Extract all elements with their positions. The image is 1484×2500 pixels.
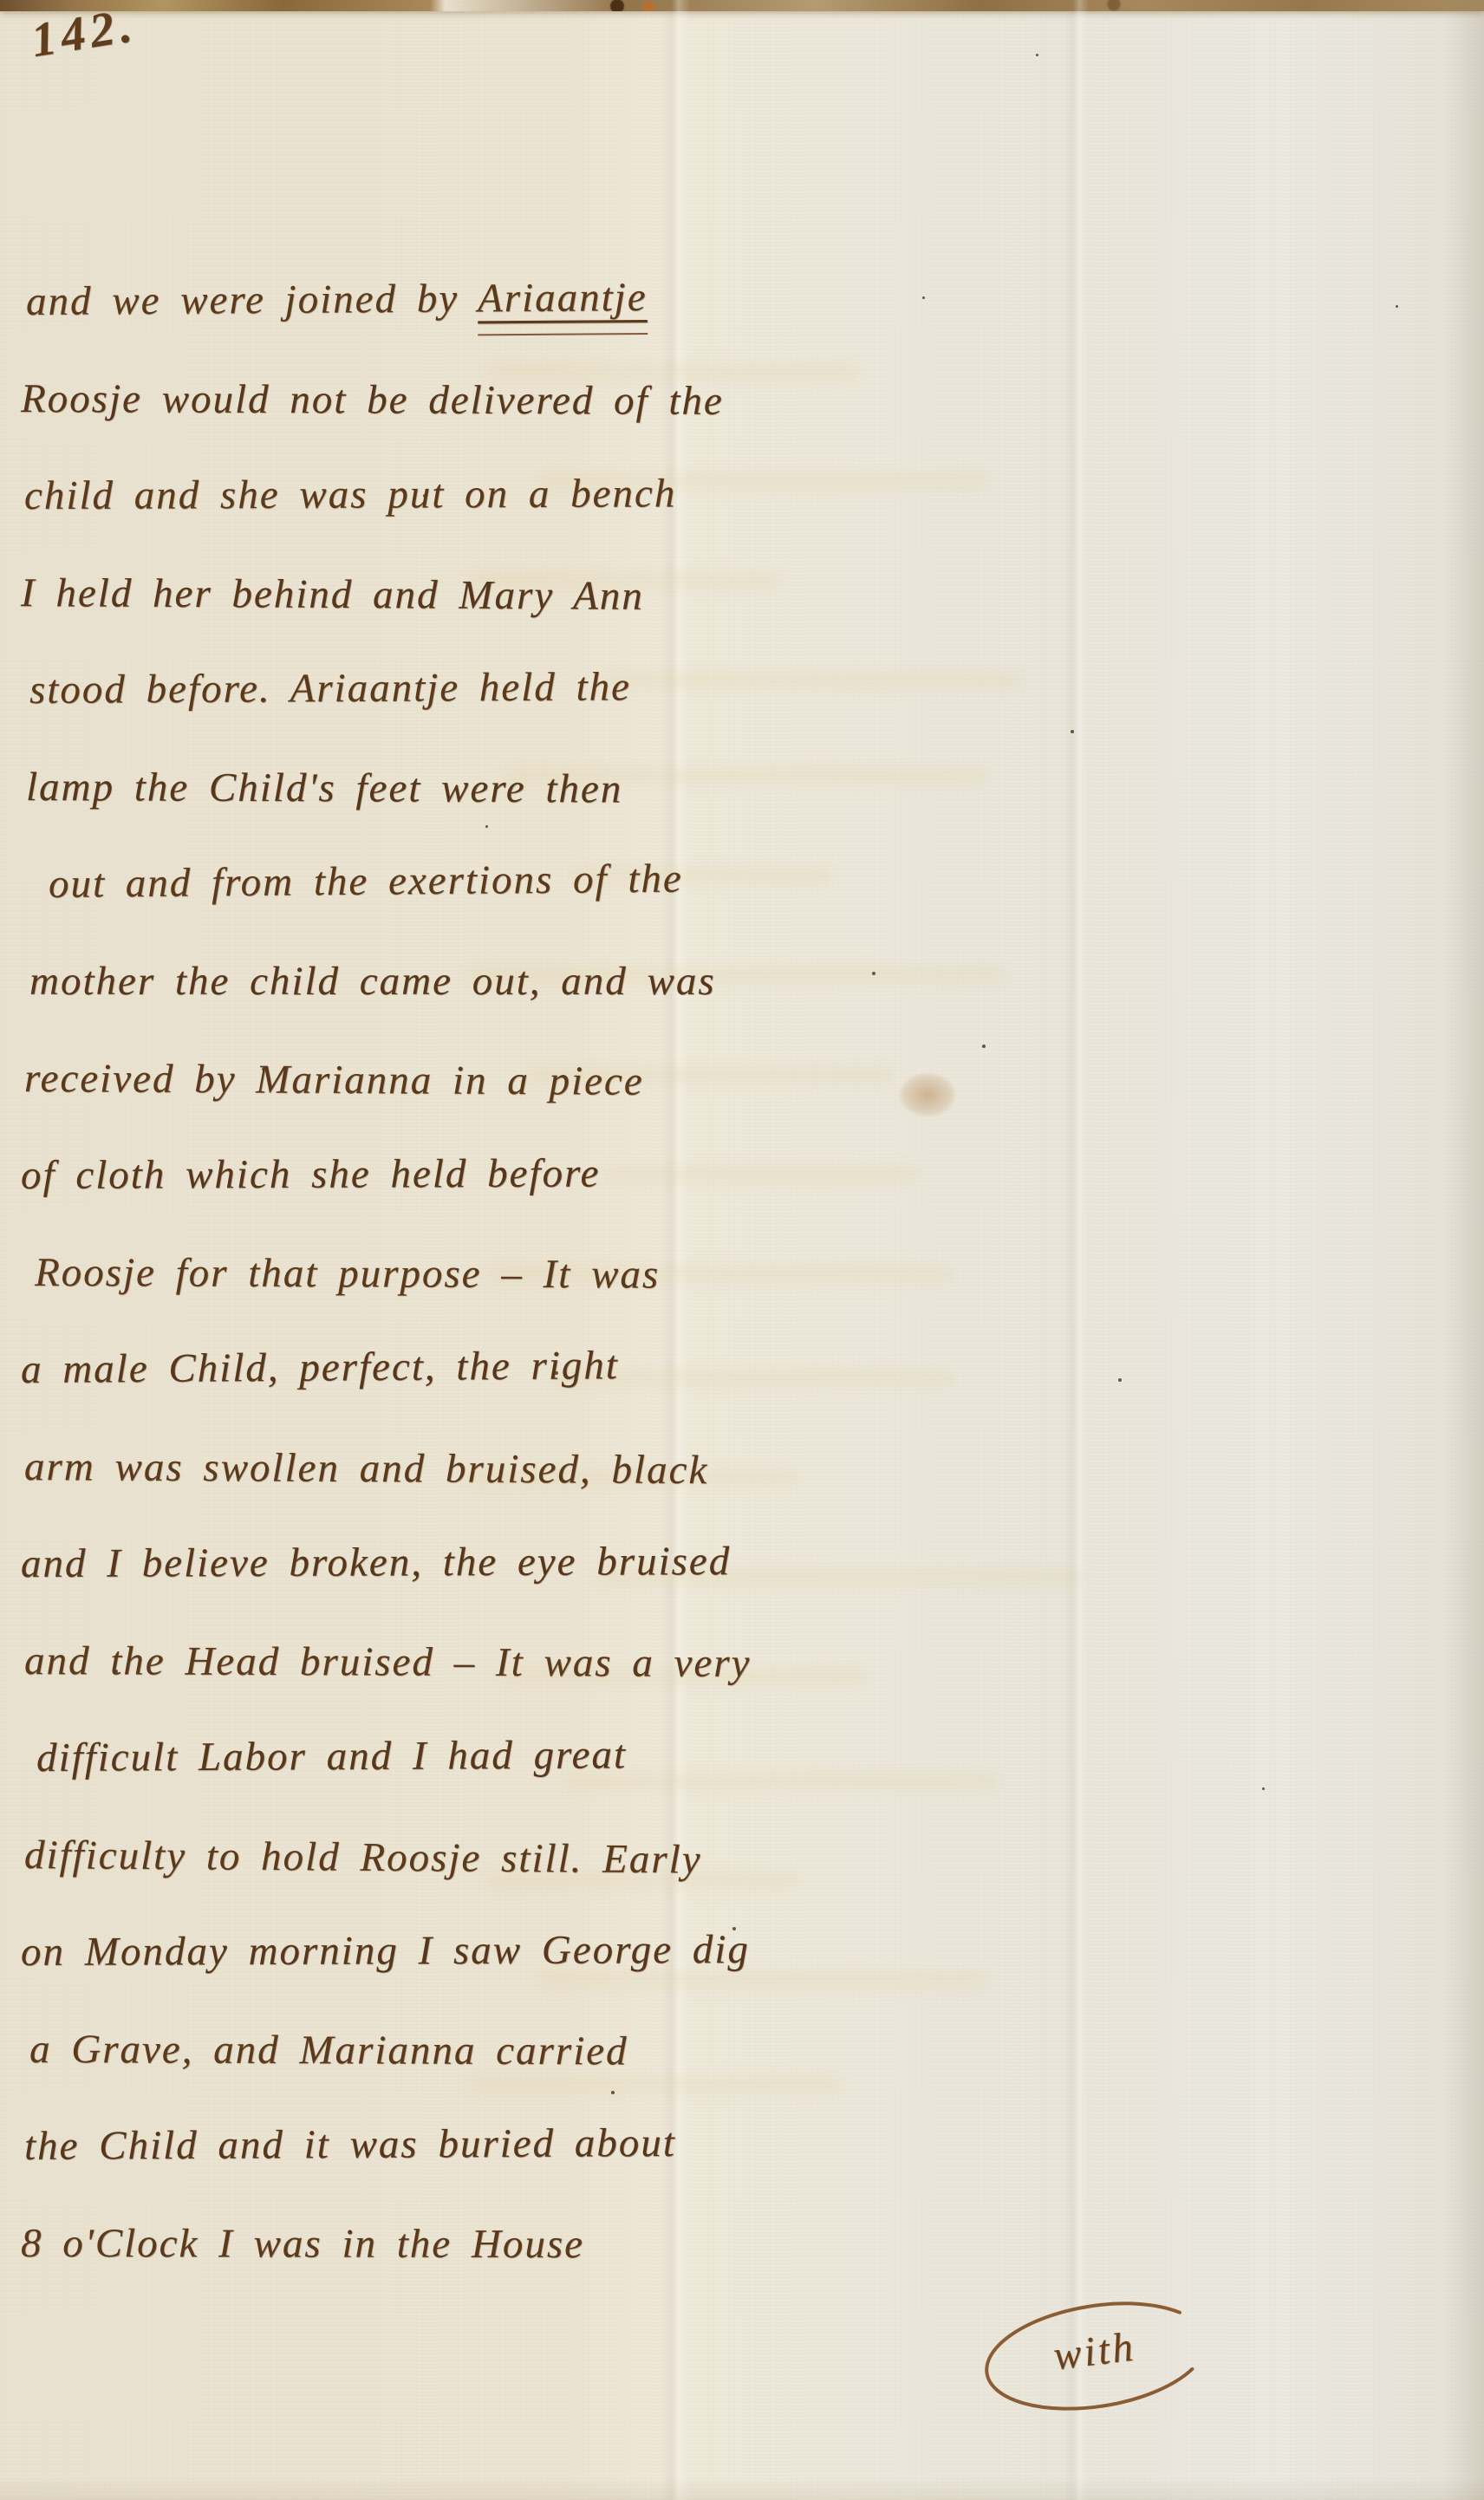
manuscript-line: I held her behind and Mary Ann	[21, 544, 888, 646]
line-segment: difficult Labor and I had great	[36, 1732, 627, 1781]
manuscript-line: Roosje would not be delivered of the	[21, 350, 888, 450]
page-top-edge	[0, 0, 1484, 11]
line-segment: child and she was put on a bench	[24, 471, 676, 518]
ink-speck	[1071, 730, 1074, 733]
line-segment: and the Head bruised – It was a very	[24, 1638, 752, 1686]
manuscript-line: and I believe broken, the eye bruised	[21, 1513, 888, 1612]
line-segment: arm was swollen and bruised, black	[24, 1444, 709, 1493]
manuscript-line: difficult Labor and I had great	[36, 1705, 888, 1807]
line-segment: out and from the exertions of the	[49, 856, 683, 907]
manuscript-line: child and she was put on a bench	[24, 445, 888, 544]
line-segment: the Child and it was buried about	[24, 2120, 676, 2169]
ink-speck	[1396, 305, 1398, 308]
manuscript-line: difficulty to hold Roosje still. Early	[24, 1807, 888, 1910]
ink-speck	[1118, 1378, 1122, 1382]
manuscript-line: arm was swollen and bruised, black	[24, 1418, 888, 1520]
manuscript-line: a male Child, perfect, the right	[21, 1315, 888, 1418]
line-segment: of cloth which she held before	[21, 1151, 601, 1198]
line-segment: a Grave, and Marianna carried	[29, 2027, 628, 2074]
manuscript-line: and we were joined by Ariaantje	[26, 247, 888, 350]
manuscript-line: on Monday morning I saw George dig	[21, 1901, 888, 2001]
line-segment: a male Child, perfect, the right	[21, 1343, 619, 1392]
line-segment: 8 o'Clock I was in the House	[21, 2221, 584, 2267]
manuscript-line: a Grave, and Marianna carried	[29, 2001, 888, 2100]
line-segment: difficulty to hold Roosje still. Early	[24, 1833, 702, 1882]
page-number: 142.	[28, 0, 141, 68]
line-segment: and I believe broken, the eye bruised	[21, 1539, 731, 1586]
underlined-word: Ariaantje	[478, 275, 648, 335]
line-segment: and we were joined by	[26, 276, 478, 324]
ink-speck	[982, 1045, 986, 1048]
manuscript-line: mother the child came out, and was	[29, 933, 888, 1030]
manuscript-line: lamp the Child's feet were then	[26, 739, 888, 838]
manuscript-line: 8 o'Clock I was in the House	[21, 2195, 888, 2294]
manuscript-line: received by Marianna in a piece	[24, 1030, 888, 1131]
ink-speck	[1262, 1787, 1265, 1790]
manuscript-line: Roosje for that purpose – It was	[35, 1224, 888, 1324]
ink-speck	[922, 296, 925, 299]
line-segment: I held her behind and Mary Ann	[21, 570, 644, 619]
line-segment: lamp the Child's feet were then	[26, 765, 623, 811]
paper-stain	[900, 1073, 955, 1117]
manuscript-line: stood before. Ariaantje held the	[29, 637, 888, 739]
fold-crease-right	[1063, 0, 1089, 2500]
manuscript-text: and we were joined by AriaantjeRoosje wo…	[21, 253, 888, 2292]
line-segment: stood before. Ariaantje held the	[29, 664, 631, 713]
ink-speck	[1036, 54, 1038, 56]
manuscript-line: and the Head bruised – It was a very	[24, 1612, 888, 1712]
line-segment: Roosje for that purpose – It was	[35, 1250, 660, 1298]
line-segment: on Monday morning I saw George dig	[21, 1927, 750, 1975]
line-segment: Roosje would not be delivered of the	[21, 376, 724, 424]
catchword: with	[969, 2276, 1220, 2432]
page-bottom-shading	[0, 2477, 1484, 2500]
manuscript-line: the Child and it was buried about	[24, 2093, 888, 2195]
line-segment: mother the child came out, and was	[29, 959, 716, 1004]
page-right-shading	[1444, 0, 1484, 2500]
manuscript-page: 142. and we were joined by AriaantjeRoos…	[0, 0, 1484, 2500]
line-segment: received by Marianna in a piece	[24, 1056, 644, 1104]
catchword-text: with	[960, 2258, 1229, 2444]
manuscript-line: out and from the exertions of the	[49, 829, 888, 933]
manuscript-line: of cloth which she held before	[21, 1124, 888, 1224]
